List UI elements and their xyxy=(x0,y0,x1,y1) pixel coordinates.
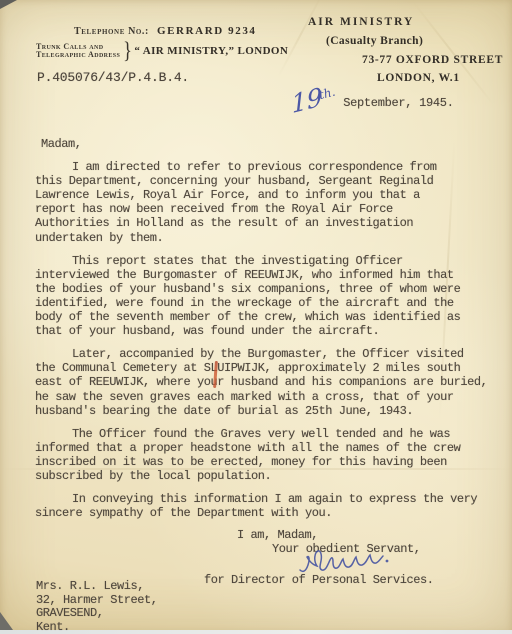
telephone-label: Telephone No.: xyxy=(74,26,149,37)
torn-corner-top-left xyxy=(0,0,17,9)
salutation: Madam, xyxy=(41,137,497,151)
ministry-branch: (Casualty Branch) xyxy=(300,35,500,47)
folded-corner-bottom-left xyxy=(0,612,13,630)
paragraph-5: In conveying this information I am again… xyxy=(35,492,497,520)
letter-page: Telephone No.: GERRARD 9234 Trunk Calls … xyxy=(0,0,512,634)
paragraph-4: The Officer found the Graves very well t… xyxy=(35,427,497,483)
ministry-street: 73-77 OXFORD STREET xyxy=(300,54,500,66)
recipient-name: Mrs. R.L. Lewis, xyxy=(36,580,158,594)
reference-number: P.405076/43/P.4.B.4. xyxy=(37,70,189,85)
valediction-line-1: I am, Madam, xyxy=(237,528,497,542)
ministry-name: AIR MINISTRY xyxy=(300,16,500,28)
handwritten-day-suffix: th. xyxy=(317,85,336,103)
telegraphic-address-value: “ AIR MINISTRY,” LONDON xyxy=(134,45,288,57)
ministry-address-block: AIR MINISTRY (Casualty Branch) 73-77 OXF… xyxy=(300,16,500,91)
ministry-city: LONDON, W.1 xyxy=(300,72,500,84)
paragraph-1: I am directed to refer to previous corre… xyxy=(35,160,497,245)
telegraphic-address-label: Telegraphic Address xyxy=(36,51,120,60)
telegraphic-address-labels: Trunk Calls and Telegraphic Address xyxy=(36,43,120,60)
date-line: 19 th. September, 1945. xyxy=(291,88,454,113)
letter-body: Madam, I am directed to refer to previou… xyxy=(35,137,497,556)
paragraph-2: This report states that the investigatin… xyxy=(35,254,497,339)
telephone-line: Telephone No.: GERRARD 9234 xyxy=(74,21,257,39)
recipient-county: Kent. xyxy=(36,621,158,634)
typed-date: September, 1945. xyxy=(343,96,453,113)
signatory-title: for Director of Personal Services. xyxy=(204,573,434,587)
recipient-address: Mrs. R.L. Lewis, 32, Harmer Street, GRAV… xyxy=(36,580,158,634)
recipient-street: 32, Harmer Street, xyxy=(36,594,158,608)
paragraph-3: Later, accompanied by the Burgomaster, t… xyxy=(35,347,497,417)
telegraphic-address-line: Trunk Calls and Telegraphic Address } “ … xyxy=(36,41,288,61)
recipient-town: GRAVESEND, xyxy=(36,607,158,621)
telephone-number: GERRARD 9234 xyxy=(157,25,257,37)
brace-glyph: } xyxy=(123,41,132,61)
